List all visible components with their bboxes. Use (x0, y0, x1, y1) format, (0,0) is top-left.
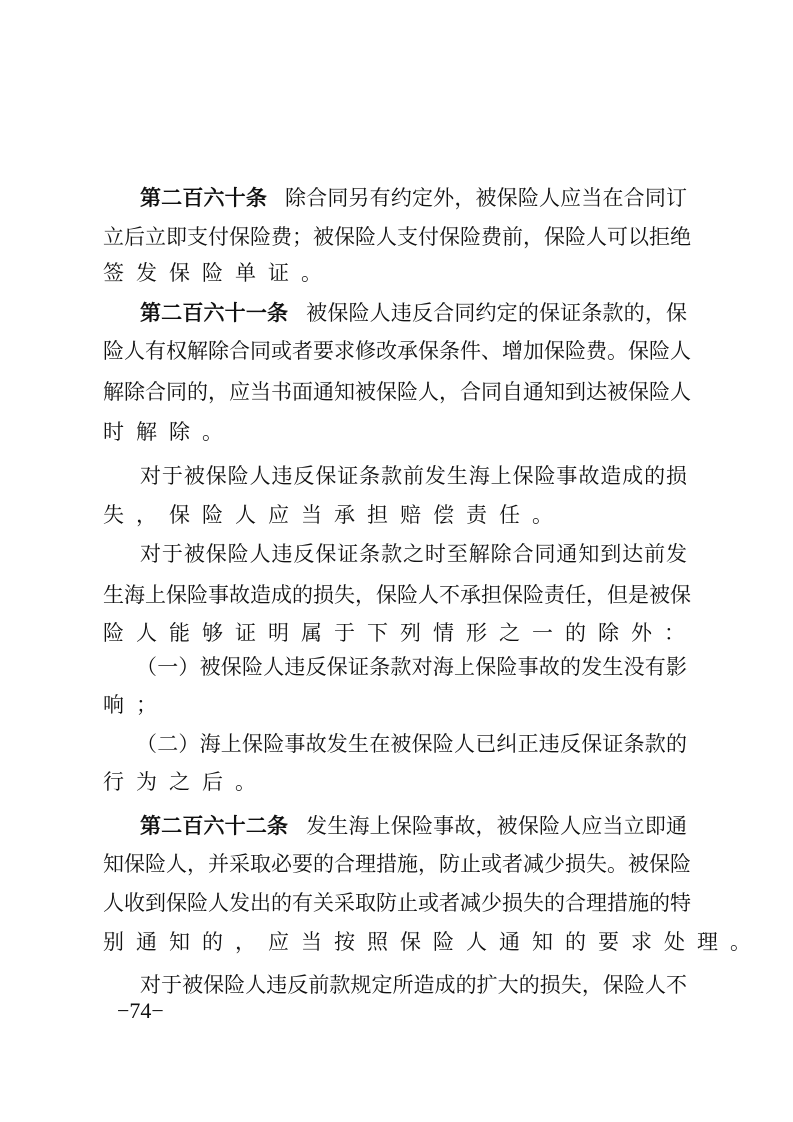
paragraph-line: 失，保险人应当承担赔偿责任。 (103, 500, 687, 530)
article-262-line-1: 第二百六十二条发生海上保险事故，被保险人应当立即通 (140, 811, 687, 841)
article-heading: 第二百六十一条 (140, 301, 288, 325)
list-item-1-line-2: 响； (103, 690, 687, 720)
article-heading: 第二百六十二条 (140, 814, 288, 838)
document-page: 第二百六十条除合同另有约定外，被保险人应当在合同订 立后立即支付保险费；被保险人… (0, 0, 793, 1122)
paragraph-line: 险人能够证明属于下列情形之一的除外： (103, 618, 687, 648)
article-260-line-1: 第二百六十条除合同另有约定外，被保险人应当在合同订 (140, 183, 687, 213)
article-260-line-3: 签发保险单证。 (103, 258, 687, 288)
article-261-line-1: 第二百六十一条被保险人违反合同约定的保证条款的，保 (140, 298, 687, 328)
article-261-line-3: 解除合同的，应当书面通知被保险人，合同自通知到达被保险人 (103, 377, 687, 407)
article-262-line-3: 人收到保险人发出的有关采取防止或者减少损失的合理措施的特 (103, 888, 687, 918)
article-heading: 第二百六十条 (140, 186, 267, 210)
article-260-line-2: 立后立即支付保险费；被保险人支付保险费前，保险人可以拒绝 (103, 222, 687, 252)
paragraph-line: 生海上保险事故造成的损失，保险人不承担保险责任，但是被保 (103, 580, 687, 610)
article-262-line-2: 知保险人，并采取必要的合理措施，防止或者减少损失。被保险 (103, 849, 687, 879)
article-262-line-4: 别通知的，应当按照保险人通知的要求处理。 (103, 927, 687, 957)
list-item-1-line-1: （一）被保险人违反保证条款对海上保险事故的发生没有影 (136, 652, 687, 682)
list-item-2-line-1: （二）海上保险事故发生在被保险人已纠正违反保证条款的 (136, 729, 687, 759)
list-item-2-line-2: 行为之后。 (103, 767, 687, 797)
article-261-line-4: 时解除。 (103, 417, 687, 447)
paragraph-line: 对于被保险人违反保证条款之时至解除合同通知到达前发 (140, 539, 687, 569)
paragraph-line: 对于被保险人违反保证条款前发生海上保险事故造成的损 (140, 461, 687, 491)
paragraph-line: 对于被保险人违反前款规定所造成的扩大的损失，保险人不 (140, 970, 687, 1000)
article-261-line-2: 险人有权解除合同或者要求修改承保条件、增加保险费。保险人 (103, 336, 687, 366)
page-number: −74− (117, 998, 164, 1024)
